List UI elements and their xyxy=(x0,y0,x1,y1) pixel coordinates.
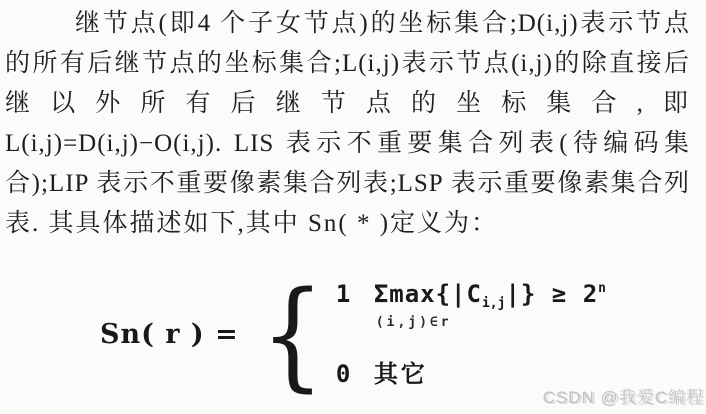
left-curly-brace: { xyxy=(260,278,324,390)
case1-superscript: n xyxy=(598,281,606,296)
case1-value: 1 xyxy=(336,280,354,308)
csdn-watermark: CSDN @我爱C编程 xyxy=(543,383,704,408)
paragraph-line-5: 合);LIP 表示不重要像素集合列表;LSP 表示重要像素集合列 xyxy=(5,164,690,204)
scanned-paper-page: 继节点(即4 个子女节点)的坐标集合;D(i,j)表示节点(i,j) 的所有后继… xyxy=(0,0,706,414)
case1-subscript: i,j xyxy=(482,296,505,311)
formula-lhs: Sn( r ) = xyxy=(100,319,239,350)
case1-condition: Σmax{|Ci,j|} ≥ 2n xyxy=(374,280,606,311)
formula-sn-definition: Sn( r ) = { 1 Σmax{|Ci,j|} ≥ 2n (i,j)∈r … xyxy=(100,278,606,390)
paragraph-line-3: 继以外所有后继节点的坐标集合,即 xyxy=(5,84,690,124)
case2-condition: 其它 xyxy=(374,354,428,389)
case1-expr-pre: Σmax{|C xyxy=(374,280,482,308)
case2-value: 0 xyxy=(336,360,354,388)
paragraph-line-2: 的所有后继节点的坐标集合;L(i,j)表示节点(i,j)的除直接后 xyxy=(5,44,690,84)
paragraph-line-6: 表. 其具体描述如下,其中 Sn( * )定义为： xyxy=(5,204,690,244)
paragraph-line-1: 继节点(即4 个子女节点)的坐标集合;D(i,j)表示节点(i,j) xyxy=(5,4,690,44)
formula-case-significant: 1 Σmax{|Ci,j|} ≥ 2n xyxy=(336,280,606,311)
sum-limits: (i,j)∈r xyxy=(376,315,606,330)
paragraph-line-4: L(i,j)=D(i,j)−O(i,j). LIS 表示不重要集合列表(待编码集 xyxy=(5,124,690,164)
case1-expr-post: |} ≥ 2 xyxy=(505,280,598,308)
paragraph-block: 继节点(即4 个子女节点)的坐标集合;D(i,j)表示节点(i,j) 的所有后继… xyxy=(5,4,690,244)
formula-cases: 1 Σmax{|Ci,j|} ≥ 2n (i,j)∈r 0 其它 xyxy=(336,280,606,389)
